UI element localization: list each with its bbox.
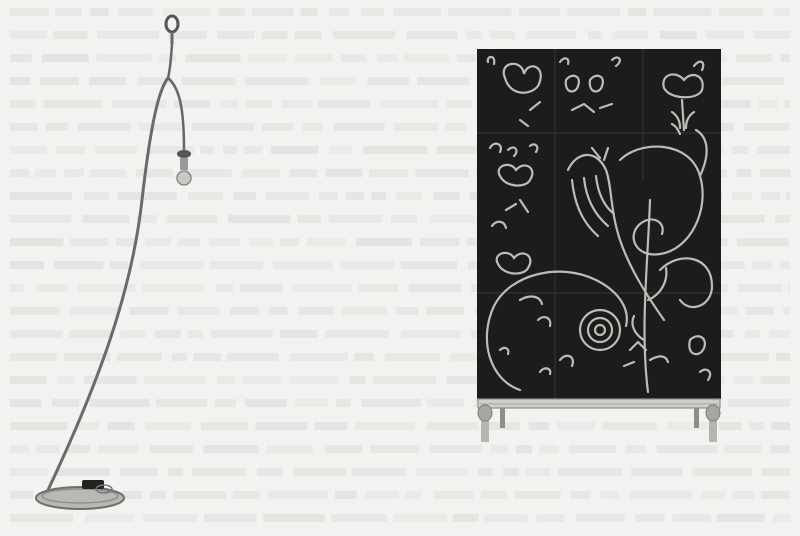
document-page — [0, 0, 800, 536]
cabinet-figure — [0, 0, 800, 536]
cabinet-stand — [478, 399, 720, 442]
cabinet-body — [477, 49, 721, 399]
